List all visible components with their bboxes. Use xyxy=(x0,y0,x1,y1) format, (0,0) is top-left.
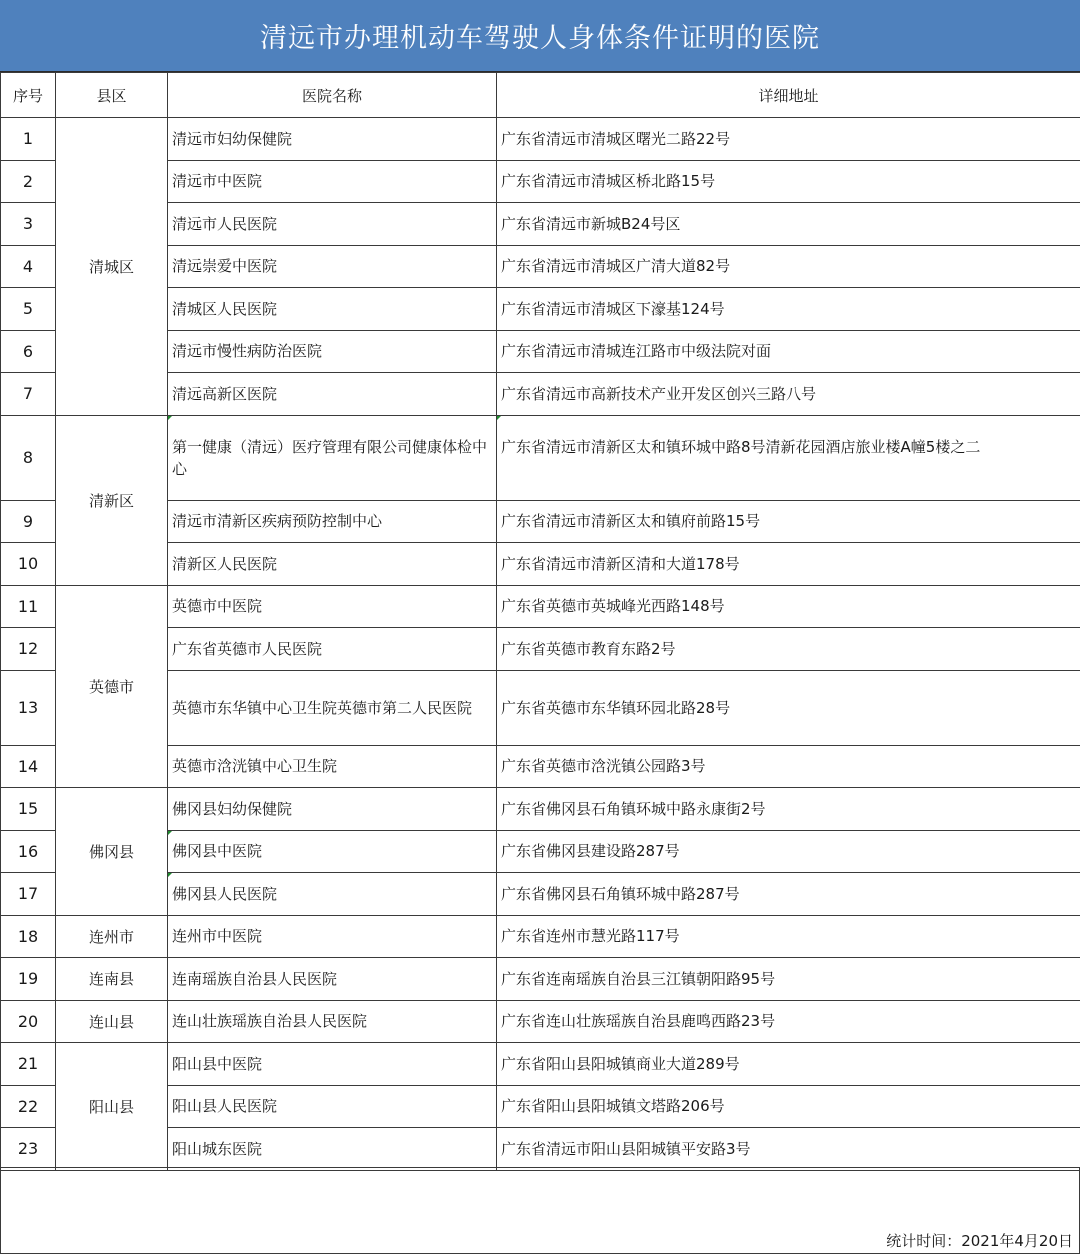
table-row: 20 连山县 连山壮族瑶族自治县人民医院 广东省连山壮族瑶族自治县鹿鸣西路23号 xyxy=(1,1000,1080,1043)
hospital-address: 广东省清远市清新区太和镇府前路15号 xyxy=(497,500,1080,543)
hospital-address: 广东省英德市教育东路2号 xyxy=(497,628,1080,671)
table-footer: 统计时间：2021年4月20日 xyxy=(0,1167,1080,1254)
row-index: 21 xyxy=(1,1043,56,1086)
header-county: 县区 xyxy=(56,73,168,118)
hospital-name: 英德市浛洸镇中心卫生院 xyxy=(168,745,497,788)
hospital-address: 广东省连山壮族瑶族自治县鹿鸣西路23号 xyxy=(497,1000,1080,1043)
hospital-address: 广东省清远市阳山县阳城镇平安路3号 xyxy=(497,1128,1080,1171)
row-index: 9 xyxy=(1,500,56,543)
hospital-address: 广东省清远市清城区桥北路15号 xyxy=(497,160,1080,203)
stat-time-label: 统计时间：2021年4月20日 xyxy=(886,1230,1073,1251)
hospital-address: 广东省佛冈县石角镇环城中路287号 xyxy=(497,873,1080,916)
hospital-address: 广东省英德市东华镇环园北路28号 xyxy=(497,670,1080,745)
hospital-address: 广东省阳山县阳城镇文塔路206号 xyxy=(497,1085,1080,1128)
hospital-name: 连州市中医院 xyxy=(168,915,497,958)
row-index: 20 xyxy=(1,1000,56,1043)
hospital-name: 佛冈县妇幼保健院 xyxy=(168,788,497,831)
county-cell: 阳山县 xyxy=(56,1043,168,1171)
row-index: 11 xyxy=(1,585,56,628)
hospital-name: 佛冈县人民医院 xyxy=(168,873,497,916)
hospital-name: 清远市清新区疾病预防控制中心 xyxy=(168,500,497,543)
page-title: 清远市办理机动车驾驶人身体条件证明的医院 xyxy=(0,0,1080,72)
hospital-name: 清远市妇幼保健院 xyxy=(168,118,497,161)
hospital-address: 广东省英德市浛洸镇公园路3号 xyxy=(497,745,1080,788)
hospital-name: 清城区人民医院 xyxy=(168,288,497,331)
row-index: 16 xyxy=(1,830,56,873)
hospital-name: 清远市慢性病防治医院 xyxy=(168,330,497,373)
hospital-name: 英德市中医院 xyxy=(168,585,497,628)
row-index: 8 xyxy=(1,415,56,500)
row-index: 3 xyxy=(1,203,56,246)
hospital-address: 广东省清远市清新区清和大道178号 xyxy=(497,543,1080,586)
hospital-name: 佛冈县中医院 xyxy=(168,830,497,873)
row-index: 4 xyxy=(1,245,56,288)
hospital-table: 序号 县区 医院名称 详细地址 1 清城区 清远市妇幼保健院 广东省清远市清城区… xyxy=(0,72,1080,1171)
row-index: 12 xyxy=(1,628,56,671)
table-row: 1 清城区 清远市妇幼保健院 广东省清远市清城区曙光二路22号 xyxy=(1,118,1080,161)
row-index: 10 xyxy=(1,543,56,586)
table-row: 15 佛冈县 佛冈县妇幼保健院 广东省佛冈县石角镇环城中路永康街2号 xyxy=(1,788,1080,831)
hospital-address: 广东省清远市清城区曙光二路22号 xyxy=(497,118,1080,161)
table-row: 11 英德市 英德市中医院 广东省英德市英城峰光西路148号 xyxy=(1,585,1080,628)
row-index: 22 xyxy=(1,1085,56,1128)
header-hospital: 医院名称 xyxy=(168,73,497,118)
hospital-name: 连山壮族瑶族自治县人民医院 xyxy=(168,1000,497,1043)
hospital-address: 广东省连南瑶族自治县三江镇朝阳路95号 xyxy=(497,958,1080,1001)
row-index: 5 xyxy=(1,288,56,331)
hospital-address: 广东省英德市英城峰光西路148号 xyxy=(497,585,1080,628)
hospital-address: 广东省佛冈县石角镇环城中路永康街2号 xyxy=(497,788,1080,831)
table-row: 18 连州市 连州市中医院 广东省连州市慧光路117号 xyxy=(1,915,1080,958)
row-index: 18 xyxy=(1,915,56,958)
county-cell: 清新区 xyxy=(56,415,168,585)
hospital-name: 阳山城东医院 xyxy=(168,1128,497,1171)
row-index: 13 xyxy=(1,670,56,745)
hospital-address: 广东省清远市清新区太和镇环城中路8号清新花园酒店旅业楼A幢5楼之二 xyxy=(497,415,1080,500)
row-index: 1 xyxy=(1,118,56,161)
hospital-address: 广东省清远市新城B24号区 xyxy=(497,203,1080,246)
hospital-address: 广东省清远市高新技术产业开发区创兴三路八号 xyxy=(497,373,1080,416)
county-cell: 清城区 xyxy=(56,118,168,416)
hospital-name: 广东省英德市人民医院 xyxy=(168,628,497,671)
row-index: 15 xyxy=(1,788,56,831)
hospital-name: 英德市东华镇中心卫生院英德市第二人民医院 xyxy=(168,670,497,745)
row-index: 19 xyxy=(1,958,56,1001)
row-index: 7 xyxy=(1,373,56,416)
table-row: 8 清新区 第一健康（清远）医疗管理有限公司健康体检中心 广东省清远市清新区太和… xyxy=(1,415,1080,500)
county-cell: 连山县 xyxy=(56,1000,168,1043)
header-address: 详细地址 xyxy=(497,73,1080,118)
hospital-name: 阳山县人民医院 xyxy=(168,1085,497,1128)
hospital-address: 广东省连州市慧光路117号 xyxy=(497,915,1080,958)
hospital-address: 广东省清远市清城连江路市中级法院对面 xyxy=(497,330,1080,373)
row-index: 6 xyxy=(1,330,56,373)
hospital-name: 第一健康（清远）医疗管理有限公司健康体检中心 xyxy=(168,415,497,500)
county-cell: 英德市 xyxy=(56,585,168,788)
county-cell: 佛冈县 xyxy=(56,788,168,916)
hospital-name: 清远崇爱中医院 xyxy=(168,245,497,288)
table-header-row: 序号 县区 医院名称 详细地址 xyxy=(1,73,1080,118)
row-index: 17 xyxy=(1,873,56,916)
hospital-name: 清远市中医院 xyxy=(168,160,497,203)
hospital-name: 清远高新区医院 xyxy=(168,373,497,416)
hospital-address: 广东省阳山县阳城镇商业大道289号 xyxy=(497,1043,1080,1086)
row-index: 23 xyxy=(1,1128,56,1171)
table-row: 19 连南县 连南瑶族自治县人民医院 广东省连南瑶族自治县三江镇朝阳路95号 xyxy=(1,958,1080,1001)
hospital-name: 连南瑶族自治县人民医院 xyxy=(168,958,497,1001)
hospital-address: 广东省佛冈县建设路287号 xyxy=(497,830,1080,873)
row-index: 14 xyxy=(1,745,56,788)
row-index: 2 xyxy=(1,160,56,203)
hospital-name: 阳山县中医院 xyxy=(168,1043,497,1086)
hospital-name: 清远市人民医院 xyxy=(168,203,497,246)
hospital-address: 广东省清远市清城区广清大道82号 xyxy=(497,245,1080,288)
table-row: 21 阳山县 阳山县中医院 广东省阳山县阳城镇商业大道289号 xyxy=(1,1043,1080,1086)
hospital-name: 清新区人民医院 xyxy=(168,543,497,586)
county-cell: 连州市 xyxy=(56,915,168,958)
hospital-address: 广东省清远市清城区下濠基124号 xyxy=(497,288,1080,331)
county-cell: 连南县 xyxy=(56,958,168,1001)
header-index: 序号 xyxy=(1,73,56,118)
